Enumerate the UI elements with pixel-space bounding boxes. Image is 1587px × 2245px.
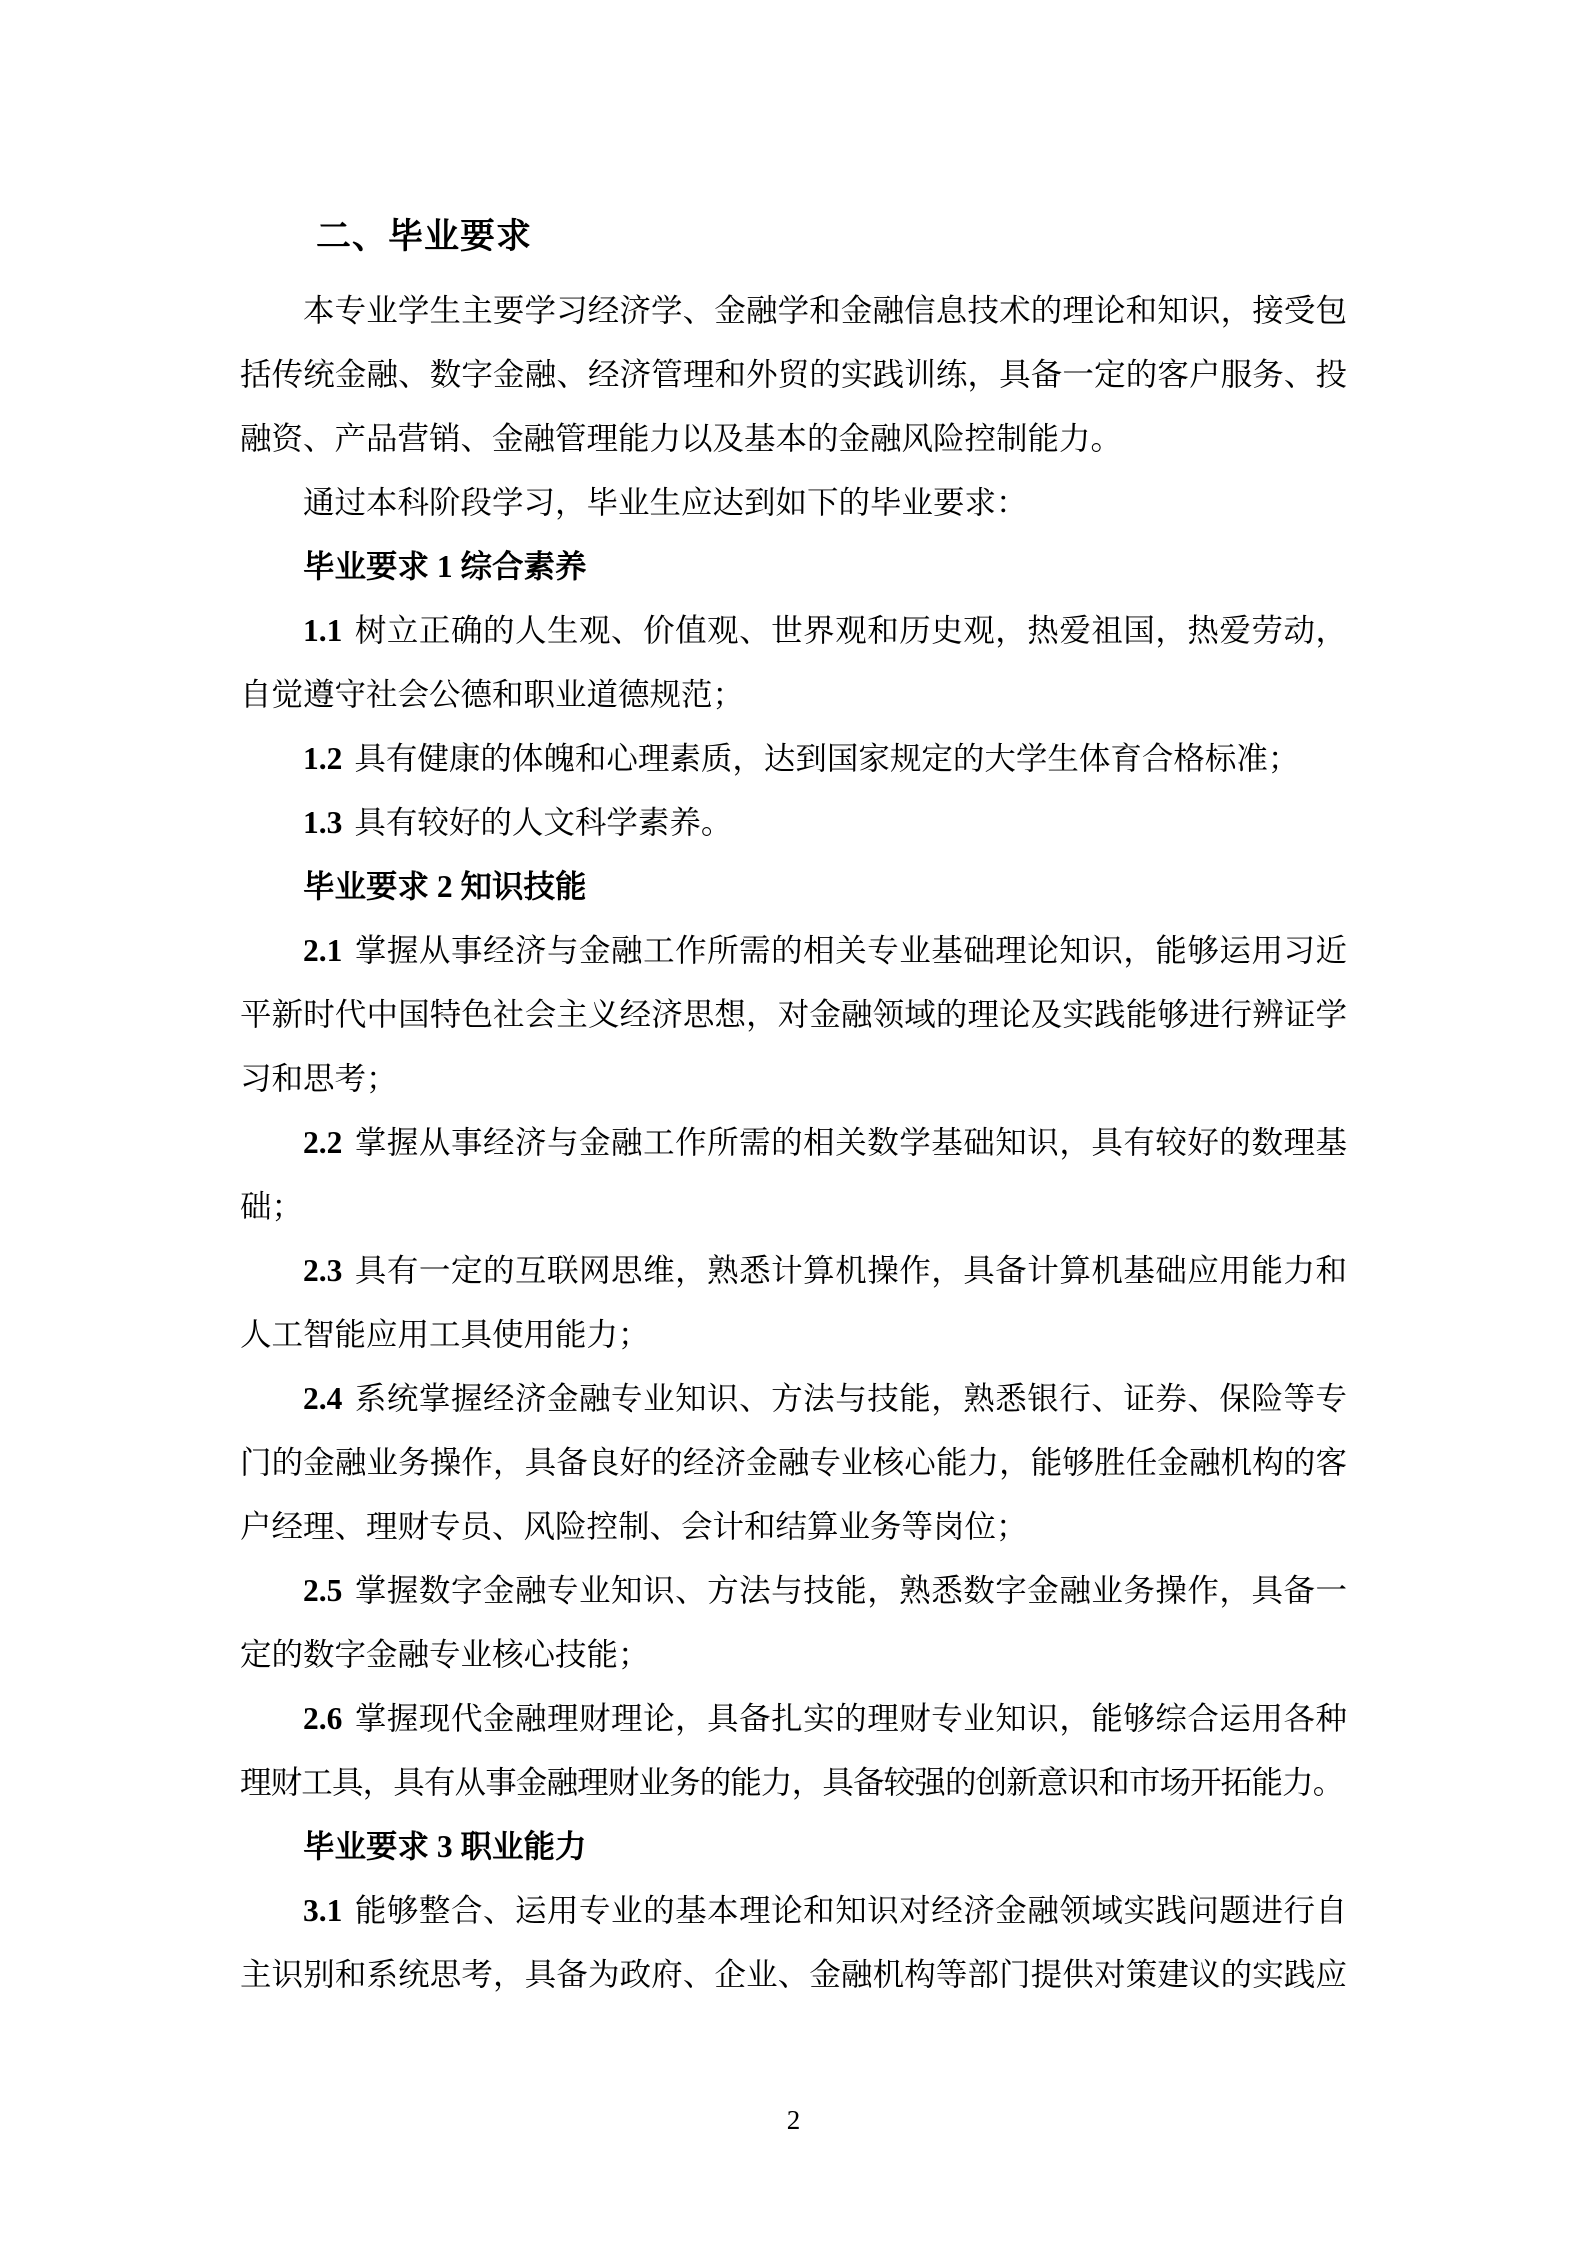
text-line: 门的金融业务操作，具备良好的经济金融专业核心能力，能够胜任金融机构的客 [240, 1431, 1347, 1495]
line-text: 毕业要求 3 职业能力 [303, 1829, 587, 1864]
item-number: 1.2 [303, 741, 342, 776]
body-text: 本专业学生主要学习经济学、金融学和金融信息技术的理论和知识，接受包括传统金融、数… [240, 279, 1347, 2007]
line-text: 理财工具，具有从事金融理财业务的能力，具备较强的创新意识和市场开拓能力。 [240, 1765, 1343, 1800]
text-line: 融资、产品营销、金融管理能力以及基本的金融风险控制能力。 [240, 407, 1347, 471]
line-text: 通过本科阶段学习，毕业生应达到如下的毕业要求： [303, 485, 1028, 520]
text-line: 主识别和系统思考，具备为政府、企业、金融机构等部门提供对策建议的实践应 [240, 1943, 1347, 2007]
section-title: 二、毕业要求 [240, 216, 1423, 258]
line-text: 定的数字金融专业核心技能； [240, 1637, 650, 1672]
text-line: 自觉遵守社会公德和职业道德规范； [240, 663, 1347, 727]
line-text: 具有健康的体魄和心理素质，达到国家规定的大学生体育合格标准； [354, 741, 1299, 776]
line-text: 能够整合、运用专业的基本理论和知识对经济金融领域实践问题进行自 [354, 1893, 1347, 1928]
line-text: 具有一定的互联网思维，熟悉计算机操作，具备计算机基础应用能力和 [354, 1253, 1347, 1288]
line-text: 融资、产品营销、金融管理能力以及基本的金融风险控制能力。 [240, 421, 1122, 456]
line-text: 掌握从事经济与金融工作所需的相关专业基础理论知识，能够运用习近 [354, 933, 1347, 968]
item-number: 3.1 [303, 1893, 342, 1928]
item-number: 1.3 [303, 805, 342, 840]
text-line: 1.1树立正确的人生观、价值观、世界观和历史观，热爱祖国，热爱劳动， [240, 599, 1347, 663]
text-line: 人工智能应用工具使用能力； [240, 1303, 1347, 1367]
item-number: 2.1 [303, 933, 342, 968]
line-text: 础； [240, 1189, 303, 1224]
text-line: 2.2掌握从事经济与金融工作所需的相关数学基础知识，具有较好的数理基 [240, 1111, 1347, 1175]
item-number: 2.2 [303, 1125, 342, 1160]
item-number: 2.3 [303, 1253, 342, 1288]
text-line: 本专业学生主要学习经济学、金融学和金融信息技术的理论和知识，接受包 [240, 279, 1347, 343]
line-text: 掌握数字金融专业知识、方法与技能，熟悉数字金融业务操作，具备一 [354, 1573, 1347, 1608]
text-line: 括传统金融、数字金融、经济管理和外贸的实践训练，具备一定的客户服务、投 [240, 343, 1347, 407]
line-text: 具有较好的人文科学素养。 [354, 805, 732, 840]
text-line: 3.1能够整合、运用专业的基本理论和知识对经济金融领域实践问题进行自 [240, 1879, 1347, 1943]
text-line: 2.3具有一定的互联网思维，熟悉计算机操作，具备计算机基础应用能力和 [240, 1239, 1347, 1303]
page-footer: 2 [0, 2100, 1587, 2140]
text-line: 1.3具有较好的人文科学素养。 [240, 791, 1347, 855]
line-text: 树立正确的人生观、价值观、世界观和历史观，热爱祖国，热爱劳动， [354, 613, 1347, 648]
line-text: 主识别和系统思考，具备为政府、企业、金融机构等部门提供对策建议的实践应 [240, 1957, 1347, 1992]
text-line: 通过本科阶段学习，毕业生应达到如下的毕业要求： [240, 471, 1347, 535]
item-number: 2.4 [303, 1381, 342, 1416]
text-line: 2.4系统掌握经济金融专业知识、方法与技能，熟悉银行、证券、保险等专 [240, 1367, 1347, 1431]
text-line: 平新时代中国特色社会主义经济思想，对金融领域的理论及实践能够进行辨证学 [240, 983, 1347, 1047]
page-number: 2 [787, 2105, 801, 2135]
line-text: 掌握现代金融理财理论，具备扎实的理财专业知识，能够综合运用各种 [354, 1701, 1347, 1736]
text-line: 习和思考； [240, 1047, 1347, 1111]
line-text: 括传统金融、数字金融、经济管理和外贸的实践训练，具备一定的客户服务、投 [240, 357, 1347, 392]
text-line: 定的数字金融专业核心技能； [240, 1623, 1347, 1687]
item-number: 1.1 [303, 613, 342, 648]
line-text: 门的金融业务操作，具备良好的经济金融专业核心能力，能够胜任金融机构的客 [240, 1445, 1347, 1480]
line-text: 户经理、理财专员、风险控制、会计和结算业务等岗位； [240, 1509, 1028, 1544]
text-line: 理财工具，具有从事金融理财业务的能力，具备较强的创新意识和市场开拓能力。 [240, 1751, 1347, 1815]
line-text: 系统掌握经济金融专业知识、方法与技能，熟悉银行、证券、保险等专 [354, 1381, 1347, 1416]
line-text: 人工智能应用工具使用能力； [240, 1317, 650, 1352]
requirement-header: 毕业要求 3 职业能力 [240, 1815, 1347, 1879]
line-text: 毕业要求 1 综合素养 [303, 549, 587, 584]
text-line: 础； [240, 1175, 1347, 1239]
line-text: 习和思考； [240, 1061, 398, 1096]
line-text: 掌握从事经济与金融工作所需的相关数学基础知识，具有较好的数理基 [354, 1125, 1347, 1160]
text-line: 2.6掌握现代金融理财理论，具备扎实的理财专业知识，能够综合运用各种 [240, 1687, 1347, 1751]
text-line: 1.2具有健康的体魄和心理素质，达到国家规定的大学生体育合格标准； [240, 727, 1347, 791]
text-line: 2.1掌握从事经济与金融工作所需的相关专业基础理论知识，能够运用习近 [240, 919, 1347, 983]
requirement-header: 毕业要求 1 综合素养 [240, 535, 1347, 599]
text-line: 户经理、理财专员、风险控制、会计和结算业务等岗位； [240, 1495, 1347, 1559]
requirement-header: 毕业要求 2 知识技能 [240, 855, 1347, 919]
line-text: 自觉遵守社会公德和职业道德规范； [240, 677, 744, 712]
text-line: 2.5掌握数字金融专业知识、方法与技能，熟悉数字金融业务操作，具备一 [240, 1559, 1347, 1623]
item-number: 2.5 [303, 1573, 342, 1608]
line-text: 本专业学生主要学习经济学、金融学和金融信息技术的理论和知识，接受包 [303, 293, 1347, 328]
line-text: 平新时代中国特色社会主义经济思想，对金融领域的理论及实践能够进行辨证学 [240, 997, 1347, 1032]
line-text: 毕业要求 2 知识技能 [303, 869, 587, 904]
item-number: 2.6 [303, 1701, 342, 1736]
